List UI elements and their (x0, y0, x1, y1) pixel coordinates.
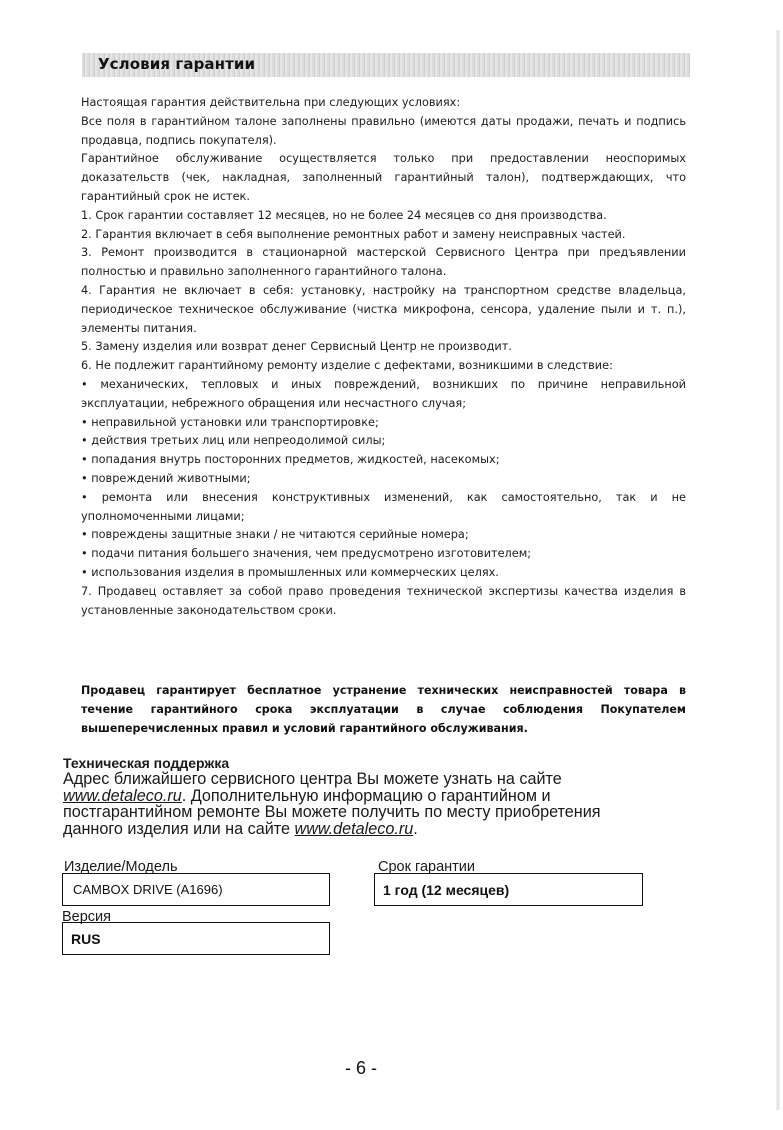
exclusion-item: • повреждений животными; (81, 470, 686, 489)
condition-item: 5. Замену изделия или возврат денег Серв… (81, 338, 686, 357)
seller-statement: Продавец гарантирует бесплатное устранен… (81, 681, 686, 738)
model-field: CAMBOX DRIVE (A1696) (62, 873, 330, 906)
page-number: - 6 - (345, 1058, 377, 1079)
condition-item: 4. Гарантия не включает в себя: установк… (81, 282, 686, 338)
condition-item: 7. Продавец оставляет за собой право про… (81, 583, 686, 621)
support-text: Адрес ближайшего сервисного центра Вы мо… (63, 771, 663, 837)
exclusion-item: • действия третьих лиц или непреодолимой… (81, 432, 686, 451)
support-text-part: Адрес ближайшего сервисного центра Вы мо… (63, 770, 562, 788)
intro-line: Настоящая гарантия действительна при сле… (81, 94, 686, 113)
exclusion-item: • попадания внутрь посторонних предметов… (81, 451, 686, 470)
exclusion-item: • повреждены защитные знаки / не читаютс… (81, 526, 686, 545)
exclusion-item: • ремонта или внесения конструктивных из… (81, 489, 686, 527)
condition-item: 2. Гарантия включает в себя выполнение р… (81, 226, 686, 245)
condition-item: 1. Срок гарантии составляет 12 месяцев, … (81, 207, 686, 226)
support-text-part: . (413, 820, 418, 838)
exclusion-item: • использования изделия в промышленных и… (81, 564, 686, 583)
website-link[interactable]: www.detaleco.ru (295, 820, 414, 838)
intro-line: Гарантийное обслуживание осуществляется … (81, 150, 686, 206)
scan-edge-shadow (776, 30, 780, 1110)
exclusion-item: • механических, тепловых и иных поврежде… (81, 376, 686, 414)
support-title: Техническая поддержка (63, 755, 229, 771)
exclusion-item: • подачи питания большего значения, чем … (81, 545, 686, 564)
warranty-conditions: Настоящая гарантия действительна при сле… (81, 94, 686, 620)
condition-item: 3. Ремонт производится в стационарной ма… (81, 244, 686, 282)
warranty-period-field: 1 год (12 месяцев) (374, 873, 643, 906)
intro-line: Все поля в гарантийном талоне заполнены … (81, 113, 686, 151)
section-title: Условия гарантии (98, 55, 255, 73)
website-link[interactable]: www.detaleco.ru (63, 787, 182, 805)
version-field: RUS (62, 922, 330, 955)
exclusion-item: • неправильной установки или транспортир… (81, 414, 686, 433)
condition-item: 6. Не подлежит гарантийному ремонту изде… (81, 357, 686, 376)
